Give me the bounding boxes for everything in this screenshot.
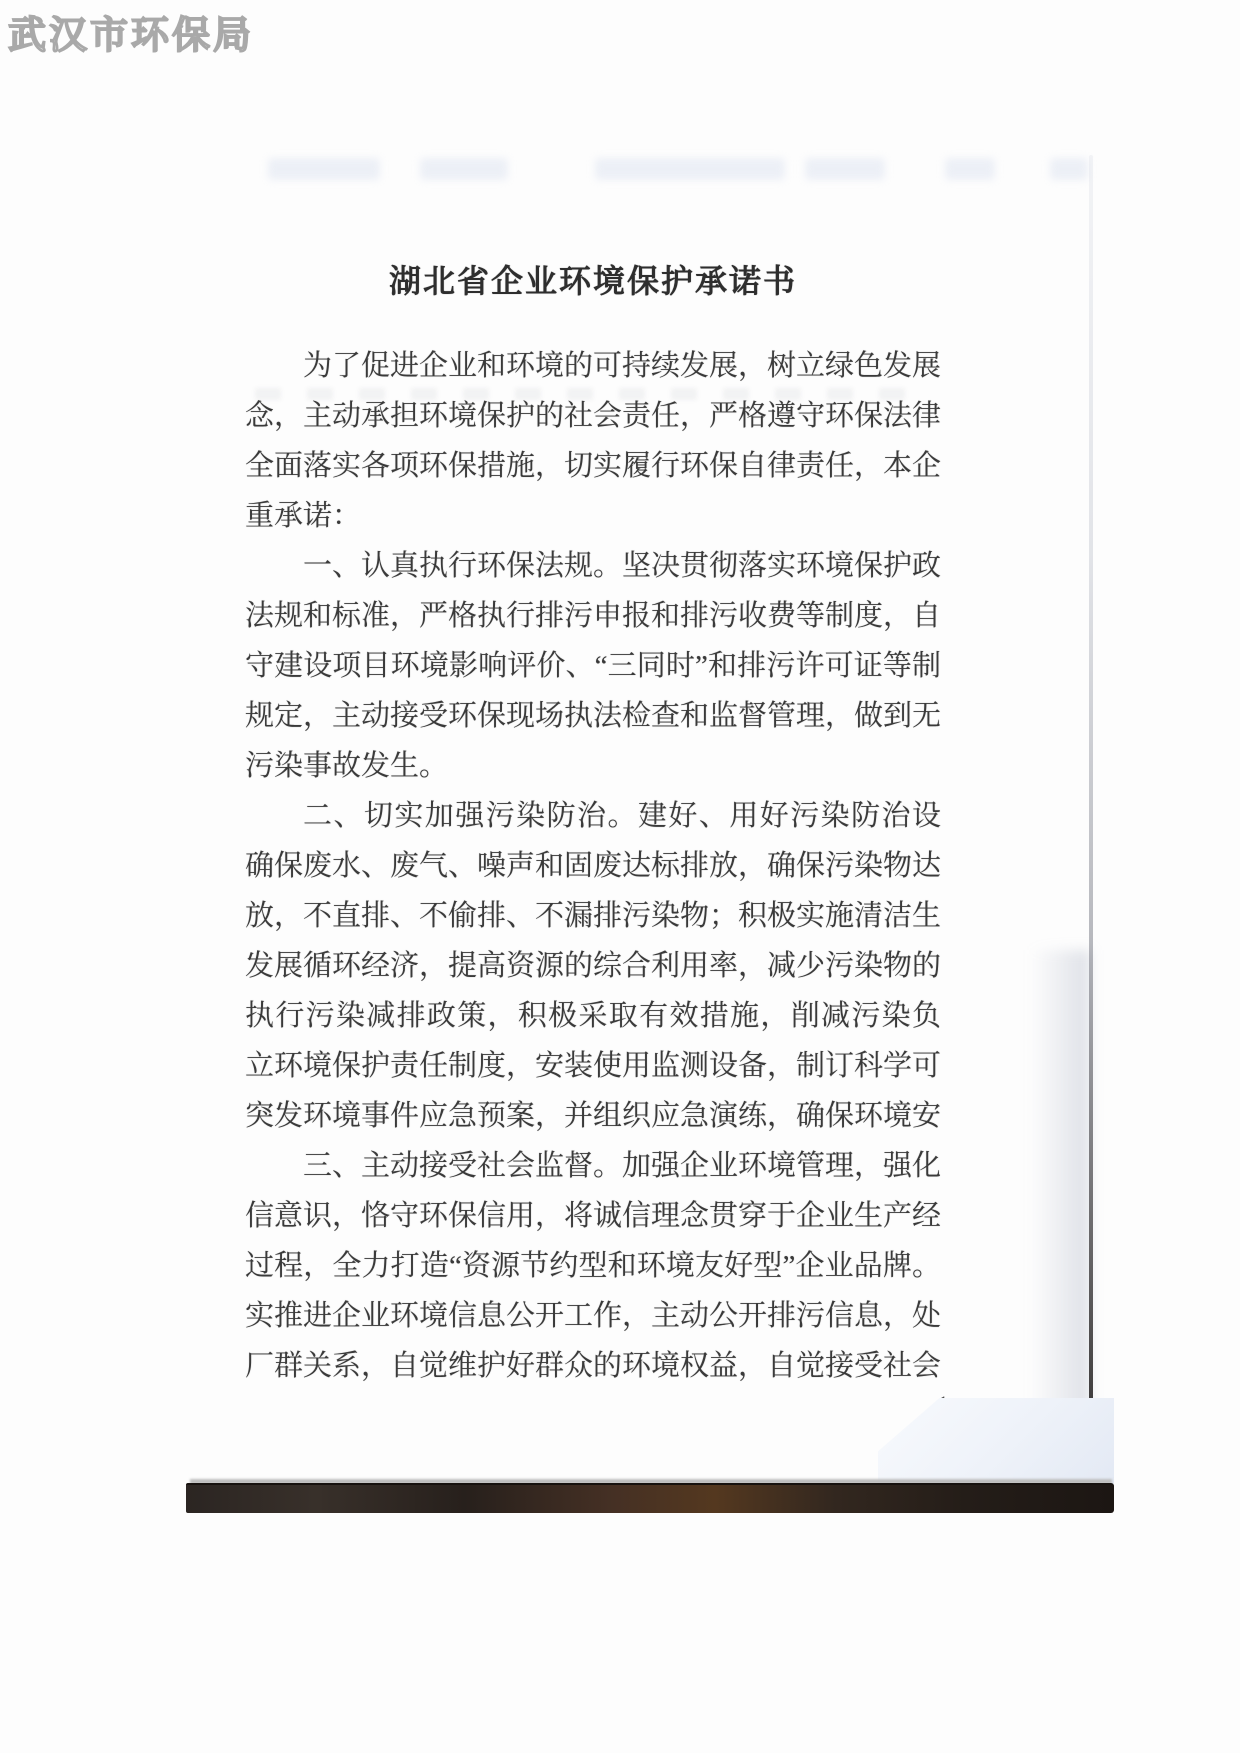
document-line: 念，主动承担环境保护的社会责任，严格遵守环保法律法规， xyxy=(245,391,941,441)
document-line: 污染事故发生。 xyxy=(245,741,941,791)
desk-background-strip xyxy=(186,1483,1114,1513)
document-line: 三、主动接受社会监督。加强企业环境管理，强化诚 xyxy=(245,1141,941,1191)
page-edge-shadow xyxy=(1089,155,1093,1485)
document-line: 信意识，恪守环保信用，将诚信理念贯穿于企业生产经营全 xyxy=(245,1191,941,1241)
ghost-text-smudge xyxy=(805,158,885,180)
document-line: 执行污染减排政策，积极采取有效措施，削减污染负荷；建 xyxy=(245,991,941,1041)
document-body: 为了促进企业和环境的可持续发展，树立绿色发展理 念，主动承担环境保护的社会责任，… xyxy=(245,341,941,1391)
ghost-text-smudge xyxy=(945,158,995,180)
document-line: 实推进企业环境信息公开工作，主动公开排污信息，处理好 xyxy=(245,1291,941,1341)
ghost-text-smudge xyxy=(595,158,785,180)
scanned-document-page: 武汉市环保局 湖北省企业环境保护承诺书 为了促进企业和环境的可持续发展，树立绿色… xyxy=(0,0,1240,1753)
document-line: 立环境保护责任制度，安装使用监测设备，制订科学可行的 xyxy=(245,1041,941,1091)
document-line: 厂群关系，自觉维护好群众的环境权益，自觉接受社会公众 xyxy=(245,1341,941,1391)
page-title: 湖北省企业环境保护承诺书 xyxy=(245,256,941,302)
document-line: 确保废水、废气、噪声和固废达标排放，确保污染物达标排 xyxy=(245,841,941,891)
watermark-text: 武汉市环保局 xyxy=(8,4,254,59)
document-line: 放，不直排、不偷排、不漏排污染物；积极实施清洁生产， xyxy=(245,891,941,941)
page-corner xyxy=(878,1398,1114,1484)
document-line: 规定，主动接受环保现场执法检查和监督管理，做到无环境 xyxy=(245,691,941,741)
ghost-text-smudge xyxy=(1050,158,1088,180)
document-line: 突发环境事件应急预案，并组织应急演练，确保环境安全。 xyxy=(245,1091,941,1141)
ghost-text-smudge xyxy=(420,158,508,180)
document-line: 为了促进企业和环境的可持续发展，树立绿色发展理 xyxy=(245,341,941,391)
document-line: 二、切实加强污染防治。建好、用好污染防治设施， xyxy=(245,791,941,841)
bleed-through-smudge-row xyxy=(0,150,1240,190)
document-line: 法规和标准，严格执行排污申报和排污收费等制度，自觉遵 xyxy=(245,591,941,641)
document-line: 发展循环经济，提高资源的综合利用率，减少污染物的排放， xyxy=(245,941,941,991)
ghost-text-smudge xyxy=(268,158,380,180)
document-line: 一、认真执行环保法规。坚决贯彻落实环境保护政策 xyxy=(245,541,941,591)
document-line: 过程，全力打造“资源节约型和环境友好型”企业品牌。扎 xyxy=(245,1241,941,1291)
document-line: 全面落实各项环保措施，切实履行环保自律责任，本企业郑 xyxy=(245,441,941,491)
document-line: 守建设项目环境影响评价、“三同时”和排污许可证等制度 xyxy=(245,641,941,691)
document-line: 重承诺： xyxy=(245,491,941,541)
